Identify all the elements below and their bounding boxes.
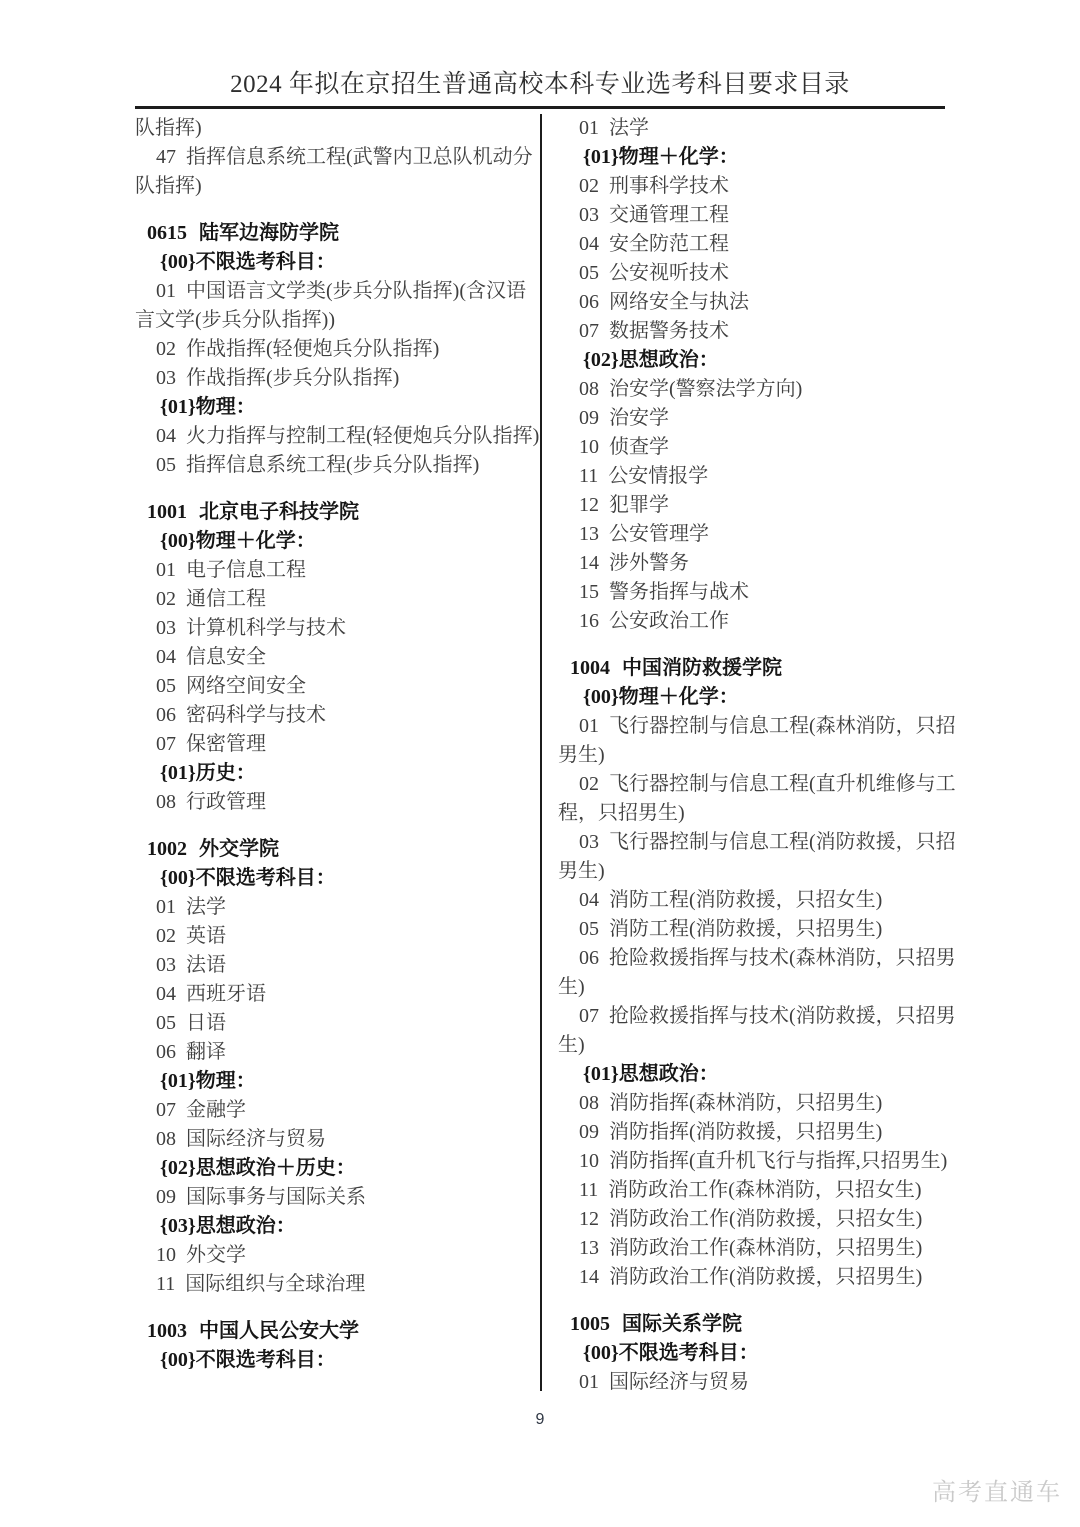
school-code: 1005 <box>570 1310 610 1339</box>
major-item: 08国际经济与贸易 <box>135 1125 537 1154</box>
page-number: 9 <box>0 1411 1080 1429</box>
wrapped-line: 生) <box>558 1031 958 1060</box>
wrapped-line: 男生) <box>558 857 958 886</box>
line-text: {00}物理＋化学： <box>583 686 739 708</box>
item-number: 03 <box>156 614 176 643</box>
item-number: 03 <box>156 951 176 980</box>
line-text: 保密管理 <box>186 733 266 755</box>
item-number: 47 <box>156 143 176 172</box>
section-gap <box>135 817 537 835</box>
line-text: 抢险救援指挥与技术(森林消防，只招男 <box>609 947 956 969</box>
item-number: 01 <box>156 556 176 585</box>
item-number: 10 <box>579 1147 599 1176</box>
wrapped-line: 男生) <box>558 741 958 770</box>
item-number: 06 <box>156 1038 176 1067</box>
line-text: 治安学(警察法学方向) <box>609 378 802 400</box>
subject-group-header: {00}不限选考科目： <box>135 1346 537 1375</box>
line-text: 犯罪学 <box>609 494 669 516</box>
item-number: 10 <box>156 1241 176 1270</box>
section-gap <box>558 636 958 654</box>
title-rule <box>135 106 945 109</box>
line-text: 消防政治工作(森林消防，只招男生) <box>609 1237 922 1259</box>
major-item: 06抢险救援指挥与技术(森林消防，只招男 <box>558 944 958 973</box>
item-number: 02 <box>156 922 176 951</box>
line-text: {01}物理： <box>160 1070 256 1092</box>
line-text: 国际经济与贸易 <box>609 1371 749 1393</box>
school-code: 1001 <box>147 498 187 527</box>
subject-group-header: {01}物理＋化学： <box>558 143 958 172</box>
watermark: 高考直通车 <box>932 1472 1062 1507</box>
school-code: 0615 <box>147 219 187 248</box>
item-number: 11 <box>579 1176 598 1205</box>
school-code: 1002 <box>147 835 187 864</box>
line-text: 言文学(步兵分队指挥)) <box>135 309 335 331</box>
major-item: 03飞行器控制与信息工程(消防救援，只招 <box>558 828 958 857</box>
item-number: 09 <box>579 1118 599 1147</box>
major-item: 04火力指挥与控制工程(轻便炮兵分队指挥) <box>135 422 537 451</box>
item-number: 13 <box>579 1234 599 1263</box>
line-text: 消防政治工作(消防救援，只招男生) <box>609 1266 922 1288</box>
major-item: 09国际事务与国际关系 <box>135 1183 537 1212</box>
line-text: 消防指挥(直升机飞行与指挥,只招男生) <box>609 1150 947 1172</box>
line-text: 程，只招男生) <box>558 802 685 824</box>
item-number: 05 <box>579 259 599 288</box>
item-number: 01 <box>579 1368 599 1397</box>
wrapped-line: 队指挥) <box>135 172 537 201</box>
subject-group-header: {03}思想政治： <box>135 1212 537 1241</box>
major-item: 04信息安全 <box>135 643 537 672</box>
major-item: 08行政管理 <box>135 788 537 817</box>
line-text: 指挥信息系统工程(步兵分队指挥) <box>186 454 479 476</box>
major-item: 02英语 <box>135 922 537 951</box>
item-number: 01 <box>156 893 176 922</box>
major-item: 08治安学(警察法学方向) <box>558 375 958 404</box>
school-code: 1004 <box>570 654 610 683</box>
subject-group-header: {00}物理＋化学： <box>135 527 537 556</box>
major-item: 06密码科学与技术 <box>135 701 537 730</box>
line-text: 日语 <box>186 1012 226 1034</box>
line-text: 男生) <box>558 744 605 766</box>
major-item: 09治安学 <box>558 404 958 433</box>
line-text: 消防政治工作(消防救援，只招女生) <box>609 1208 922 1230</box>
major-item: 12犯罪学 <box>558 491 958 520</box>
item-number: 02 <box>156 335 176 364</box>
item-number: 11 <box>579 462 598 491</box>
item-number: 04 <box>579 230 599 259</box>
item-number: 02 <box>156 585 176 614</box>
line-text: 消防工程(消防救援，只招女生) <box>609 889 882 911</box>
major-item: 02刑事科学技术 <box>558 172 958 201</box>
item-number: 08 <box>156 788 176 817</box>
wrapped-line: 队指挥) <box>135 114 537 143</box>
school-header: 1002外交学院 <box>135 835 537 864</box>
section-gap <box>135 1299 537 1317</box>
school-name: 中国人民公安大学 <box>199 1320 359 1342</box>
left-column: 队指挥)47指挥信息系统工程(武警内卫总队机动分队指挥)0615陆军边海防学院{… <box>135 114 537 1375</box>
school-name: 外交学院 <box>199 838 279 860</box>
major-item: 06网络安全与执法 <box>558 288 958 317</box>
line-text: 西班牙语 <box>186 983 266 1005</box>
line-text: {00}不限选考科目： <box>160 867 336 889</box>
major-item: 02飞行器控制与信息工程(直升机维修与工 <box>558 770 958 799</box>
section-gap <box>135 201 537 219</box>
line-text: 指挥信息系统工程(武警内卫总队机动分 <box>186 146 533 168</box>
item-number: 16 <box>579 607 599 636</box>
item-number: 15 <box>579 578 599 607</box>
line-text: 侦查学 <box>609 436 669 458</box>
item-number: 14 <box>579 1263 599 1292</box>
line-text: 计算机科学与技术 <box>186 617 346 639</box>
major-item: 11公安情报学 <box>558 462 958 491</box>
line-text: 中国语言文学类(步兵分队指挥)(含汉语 <box>186 280 526 302</box>
item-number: 02 <box>579 172 599 201</box>
item-number: 05 <box>156 672 176 701</box>
line-text: 飞行器控制与信息工程(直升机维修与工 <box>609 773 956 795</box>
line-text: 金融学 <box>186 1099 246 1121</box>
line-text: 作战指挥(步兵分队指挥) <box>186 367 399 389</box>
major-item: 07保密管理 <box>135 730 537 759</box>
school-header: 1004中国消防救援学院 <box>558 654 958 683</box>
major-item: 10消防指挥(直升机飞行与指挥,只招男生) <box>558 1147 958 1176</box>
major-item: 05消防工程(消防救援，只招男生) <box>558 915 958 944</box>
line-text: 作战指挥(轻便炮兵分队指挥) <box>186 338 439 360</box>
school-header: 1001北京电子科技学院 <box>135 498 537 527</box>
line-text: 数据警务技术 <box>609 320 729 342</box>
major-item: 01飞行器控制与信息工程(森林消防，只招 <box>558 712 958 741</box>
major-item: 14涉外警务 <box>558 549 958 578</box>
item-number: 07 <box>156 1096 176 1125</box>
line-text: {02}思想政治＋历史： <box>160 1157 356 1179</box>
line-text: 男生) <box>558 860 605 882</box>
item-number: 09 <box>156 1183 176 1212</box>
major-item: 07抢险救援指挥与技术(消防救援，只招男 <box>558 1002 958 1031</box>
item-number: 08 <box>156 1125 176 1154</box>
column-divider <box>540 114 542 1391</box>
item-number: 06 <box>579 944 599 973</box>
major-item: 14消防政治工作(消防救援，只招男生) <box>558 1263 958 1292</box>
item-number: 01 <box>579 114 599 143</box>
item-number: 02 <box>579 770 599 799</box>
line-text: 火力指挥与控制工程(轻便炮兵分队指挥) <box>186 425 539 447</box>
line-text: 涉外警务 <box>609 552 689 574</box>
line-text: 公安视听技术 <box>609 262 729 284</box>
subject-group-header: {01}历史： <box>135 759 537 788</box>
school-header: 1003中国人民公安大学 <box>135 1317 537 1346</box>
major-item: 13公安管理学 <box>558 520 958 549</box>
line-text: 法学 <box>186 896 226 918</box>
subject-group-header: {02}思想政治： <box>558 346 958 375</box>
school-name: 中国消防救援学院 <box>622 657 782 679</box>
item-number: 07 <box>156 730 176 759</box>
school-name: 陆军边海防学院 <box>199 222 339 244</box>
page-title: 2024 年拟在京招生普通高校本科专业选考科目要求目录 <box>0 68 1080 102</box>
item-number: 08 <box>579 375 599 404</box>
major-item: 01国际经济与贸易 <box>558 1368 958 1397</box>
line-text: 行政管理 <box>186 791 266 813</box>
major-item: 16公安政治工作 <box>558 607 958 636</box>
major-item: 09消防指挥(消防救援，只招男生) <box>558 1118 958 1147</box>
line-text: 公安管理学 <box>609 523 709 545</box>
item-number: 09 <box>579 404 599 433</box>
major-item: 05指挥信息系统工程(步兵分队指挥) <box>135 451 537 480</box>
line-text: 国际事务与国际关系 <box>186 1186 366 1208</box>
line-text: 通信工程 <box>186 588 266 610</box>
subject-group-header: {01}思想政治： <box>558 1060 958 1089</box>
line-text: 队指挥) <box>135 117 202 139</box>
school-name: 北京电子科技学院 <box>199 501 359 523</box>
subject-group-header: {00}不限选考科目： <box>558 1339 958 1368</box>
item-number: 04 <box>156 422 176 451</box>
item-number: 01 <box>579 712 599 741</box>
line-text: 外交学 <box>186 1244 246 1266</box>
line-text: 警务指挥与战术 <box>609 581 749 603</box>
item-number: 06 <box>579 288 599 317</box>
wrapped-line: 生) <box>558 973 958 1002</box>
line-text: 公安政治工作 <box>609 610 729 632</box>
item-number: 03 <box>579 201 599 230</box>
item-number: 05 <box>156 1009 176 1038</box>
major-item: 02作战指挥(轻便炮兵分队指挥) <box>135 335 537 364</box>
major-item: 10侦查学 <box>558 433 958 462</box>
section-gap <box>558 1292 958 1310</box>
line-text: 安全防范工程 <box>609 233 729 255</box>
section-gap <box>135 480 537 498</box>
item-number: 04 <box>156 643 176 672</box>
major-item: 01中国语言文学类(步兵分队指挥)(含汉语 <box>135 277 537 306</box>
major-item: 04消防工程(消防救援，只招女生) <box>558 886 958 915</box>
major-item: 01法学 <box>135 893 537 922</box>
subject-group-header: {00}不限选考科目： <box>135 864 537 893</box>
school-code: 1003 <box>147 1317 187 1346</box>
school-header: 1005国际关系学院 <box>558 1310 958 1339</box>
line-text: 英语 <box>186 925 226 947</box>
major-item: 11国际组织与全球治理 <box>135 1270 537 1299</box>
school-header: 0615陆军边海防学院 <box>135 219 537 248</box>
item-number: 08 <box>579 1089 599 1118</box>
major-item: 47指挥信息系统工程(武警内卫总队机动分 <box>135 143 537 172</box>
line-text: 电子信息工程 <box>186 559 306 581</box>
major-item: 03法语 <box>135 951 537 980</box>
major-item: 03交通管理工程 <box>558 201 958 230</box>
document-page: 2024 年拟在京招生普通高校本科专业选考科目要求目录 队指挥)47指挥信息系统… <box>0 0 1080 1527</box>
line-text: 网络安全与执法 <box>609 291 749 313</box>
major-item: 07数据警务技术 <box>558 317 958 346</box>
line-text: {01}物理： <box>160 396 256 418</box>
item-number: 14 <box>579 549 599 578</box>
line-text: {01}历史： <box>160 762 256 784</box>
line-text: {01}思想政治： <box>583 1063 719 1085</box>
item-number: 01 <box>156 277 176 306</box>
item-number: 10 <box>579 433 599 462</box>
major-item: 04安全防范工程 <box>558 230 958 259</box>
major-item: 03计算机科学与技术 <box>135 614 537 643</box>
subject-group-header: {01}物理： <box>135 393 537 422</box>
major-item: 13消防政治工作(森林消防，只招男生) <box>558 1234 958 1263</box>
item-number: 05 <box>156 451 176 480</box>
line-text: {00}不限选考科目： <box>583 1342 759 1364</box>
line-text: {00}不限选考科目： <box>160 1349 336 1371</box>
line-text: 公安情报学 <box>608 465 708 487</box>
item-number: 07 <box>579 317 599 346</box>
item-number: 04 <box>579 886 599 915</box>
line-text: 密码科学与技术 <box>186 704 326 726</box>
major-item: 10外交学 <box>135 1241 537 1270</box>
major-item: 03作战指挥(步兵分队指挥) <box>135 364 537 393</box>
wrapped-line: 言文学(步兵分队指挥)) <box>135 306 537 335</box>
line-text: {01}物理＋化学： <box>583 146 739 168</box>
major-item: 08消防指挥(森林消防，只招男生) <box>558 1089 958 1118</box>
line-text: 消防指挥(消防救援，只招男生) <box>609 1121 882 1143</box>
item-number: 06 <box>156 701 176 730</box>
line-text: {02}思想政治： <box>583 349 719 371</box>
line-text: 网络空间安全 <box>186 675 306 697</box>
line-text: 治安学 <box>609 407 669 429</box>
line-text: 交通管理工程 <box>609 204 729 226</box>
item-number: 11 <box>156 1270 175 1299</box>
line-text: 生) <box>558 1034 585 1056</box>
subject-group-header: {01}物理： <box>135 1067 537 1096</box>
line-text: 生) <box>558 976 585 998</box>
major-item: 05公安视听技术 <box>558 259 958 288</box>
major-item: 12消防政治工作(消防救援，只招女生) <box>558 1205 958 1234</box>
major-item: 06翻译 <box>135 1038 537 1067</box>
line-text: 抢险救援指挥与技术(消防救援，只招男 <box>609 1005 956 1027</box>
item-number: 04 <box>156 980 176 1009</box>
major-item: 01法学 <box>558 114 958 143</box>
item-number: 05 <box>579 915 599 944</box>
line-text: 队指挥) <box>135 175 202 197</box>
major-item: 05网络空间安全 <box>135 672 537 701</box>
line-text: {00}物理＋化学： <box>160 530 316 552</box>
item-number: 12 <box>579 1205 599 1234</box>
line-text: {00}不限选考科目： <box>160 251 336 273</box>
major-item: 07金融学 <box>135 1096 537 1125</box>
item-number: 03 <box>156 364 176 393</box>
major-item: 05日语 <box>135 1009 537 1038</box>
right-column: 01法学{01}物理＋化学：02刑事科学技术03交通管理工程04安全防范工程05… <box>558 114 958 1397</box>
subject-group-header: {00}物理＋化学： <box>558 683 958 712</box>
item-number: 13 <box>579 520 599 549</box>
school-name: 国际关系学院 <box>622 1313 742 1335</box>
line-text: 信息安全 <box>186 646 266 668</box>
item-number: 03 <box>579 828 599 857</box>
major-item: 01电子信息工程 <box>135 556 537 585</box>
major-item: 04西班牙语 <box>135 980 537 1009</box>
subject-group-header: {00}不限选考科目： <box>135 248 537 277</box>
major-item: 11消防政治工作(森林消防，只招女生) <box>558 1176 958 1205</box>
line-text: 消防工程(消防救援，只招男生) <box>609 918 882 940</box>
line-text: 消防指挥(森林消防，只招男生) <box>609 1092 882 1114</box>
item-number: 12 <box>579 491 599 520</box>
subject-group-header: {02}思想政治＋历史： <box>135 1154 537 1183</box>
line-text: 国际经济与贸易 <box>186 1128 326 1150</box>
major-item: 02通信工程 <box>135 585 537 614</box>
major-item: 15警务指挥与战术 <box>558 578 958 607</box>
line-text: 法学 <box>609 117 649 139</box>
item-number: 07 <box>579 1002 599 1031</box>
line-text: 飞行器控制与信息工程(消防救援，只招 <box>609 831 956 853</box>
line-text: 国际组织与全球治理 <box>185 1273 365 1295</box>
line-text: 翻译 <box>186 1041 226 1063</box>
line-text: 消防政治工作(森林消防，只招女生) <box>608 1179 921 1201</box>
wrapped-line: 程，只招男生) <box>558 799 958 828</box>
line-text: {03}思想政治： <box>160 1215 296 1237</box>
line-text: 刑事科学技术 <box>609 175 729 197</box>
line-text: 法语 <box>186 954 226 976</box>
line-text: 飞行器控制与信息工程(森林消防，只招 <box>609 715 956 737</box>
